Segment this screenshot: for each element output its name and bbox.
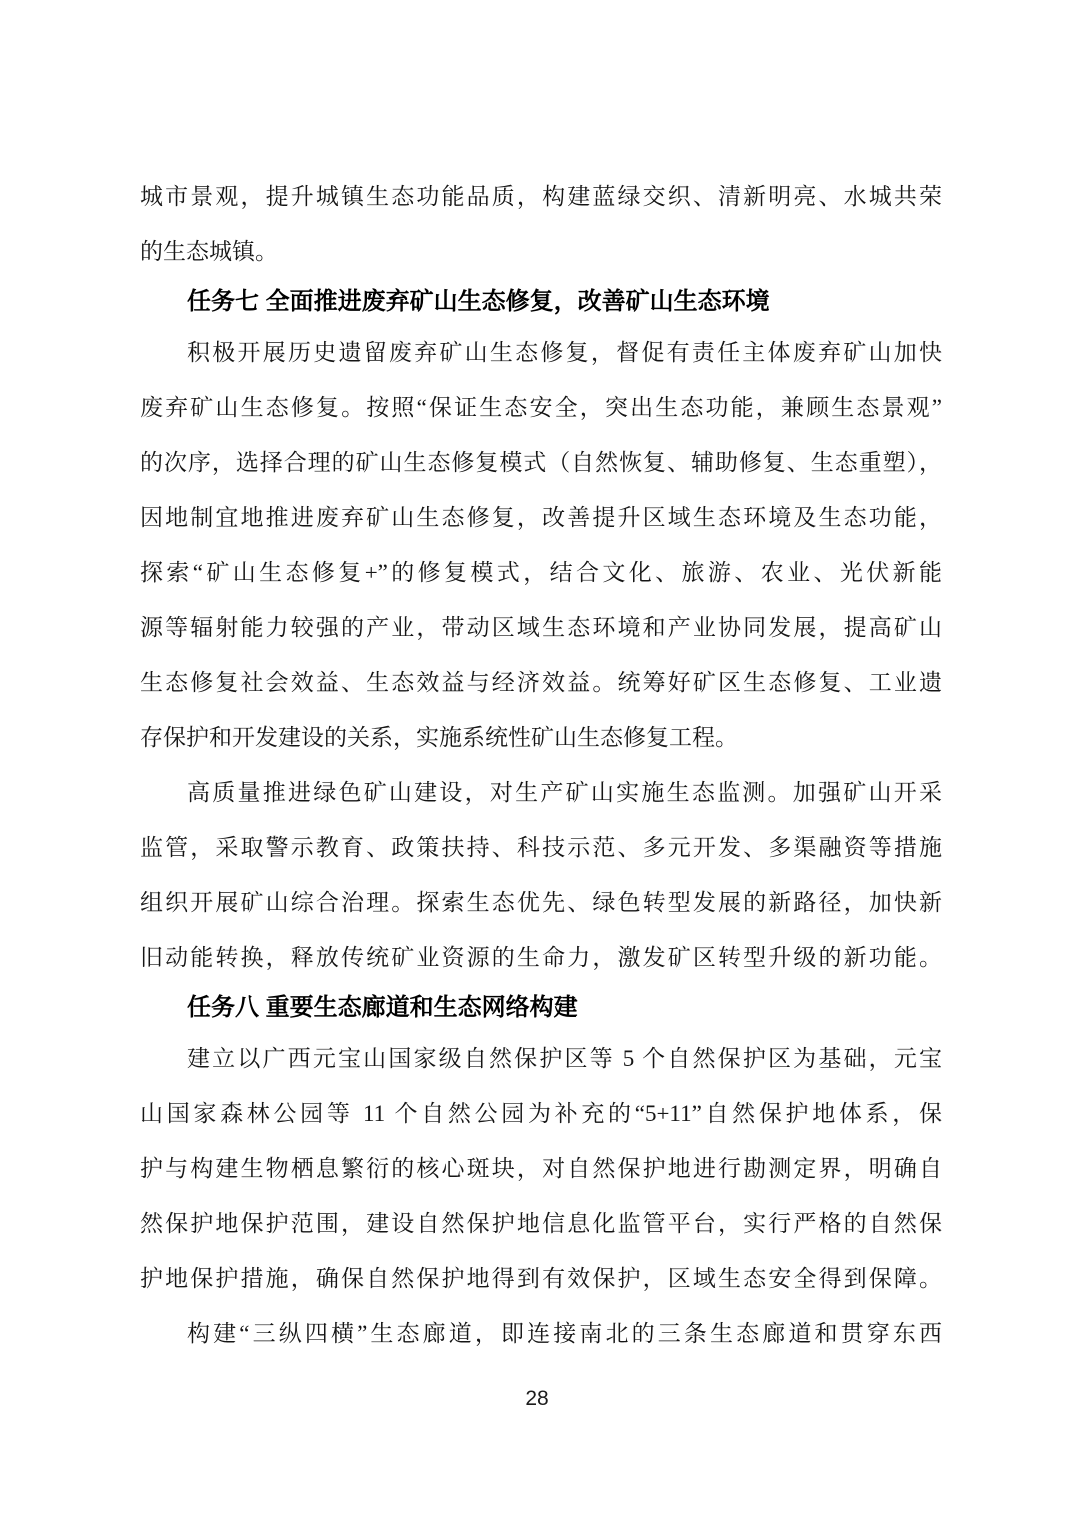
text-line: 城市景观，提升城镇生态功能品质，构建蓝绿交织、清新明亮、水城共荣 [140, 169, 942, 224]
text-line: 建立以广西元宝山国家级自然保护区等 5 个自然保护区为基础，元宝 [140, 1031, 942, 1086]
text-line: 旧动能转换，释放传统矿业资源的生命力，激发矿区转型升级的新功能。 [140, 930, 942, 985]
text-line: 探索“矿山生态修复+”的修复模式，结合文化、旅游、农业、光伏新能 [140, 545, 942, 600]
page-footer: 28 [0, 1387, 1074, 1411]
text-line: 高质量推进绿色矿山建设，对生产矿山实施生态监测。加强矿山开采 [140, 765, 942, 820]
text-line: 源等辐射能力较强的产业，带动区域生态环境和产业协同发展，提高矿山 [140, 600, 942, 655]
text-line: 构建“三纵四横”生态廊道，即连接南北的三条生态廊道和贯穿东西 [140, 1306, 942, 1361]
section-heading: 任务八 重要生态廊道和生态网络构建 [140, 985, 942, 1031]
text-line: 废弃矿山生态修复。按照“保证生态安全，突出生态功能，兼顾生态景观” [140, 380, 942, 435]
section-heading: 任务七 全面推进废弃矿山生态修复，改善矿山生态环境 [140, 279, 942, 325]
text-line: 监管，采取警示教育、政策扶持、科技示范、多元开发、多渠融资等措施 [140, 820, 942, 875]
text-line: 山国家森林公园等 11 个自然公园为补充的“5+11”自然保护地体系，保 [140, 1086, 942, 1141]
text-line: 存保护和开发建设的关系，实施系统性矿山生态修复工程。 [140, 710, 942, 765]
text-line: 然保护地保护范围，建设自然保护地信息化监管平台，实行严格的自然保 [140, 1196, 942, 1251]
text-line: 的次序，选择合理的矿山生态修复模式（自然恢复、辅助修复、生态重塑）， [140, 435, 942, 490]
text-line: 护与构建生物栖息繁衍的核心斑块，对自然保护地进行勘测定界，明确自 [140, 1141, 942, 1196]
text-line: 积极开展历史遗留废弃矿山生态修复，督促有责任主体废弃矿山加快 [140, 325, 942, 380]
text-line: 护地保护措施，确保自然保护地得到有效保护，区域生态安全得到保障。 [140, 1251, 942, 1306]
text-line: 组织开展矿山综合治理。探索生态优先、绿色转型发展的新路径，加快新 [140, 875, 942, 930]
text-line: 生态修复社会效益、生态效益与经济效益。统筹好矿区生态修复、工业遗 [140, 655, 942, 710]
text-line: 的生态城镇。 [140, 224, 942, 279]
document-page: 城市景观，提升城镇生态功能品质，构建蓝绿交织、清新明亮、水城共荣的生态城镇。任务… [0, 0, 1074, 1520]
text-line: 因地制宜地推进废弃矿山生态修复，改善提升区域生态环境及生态功能， [140, 490, 942, 545]
page-number: 28 [525, 1387, 548, 1410]
document-body: 城市景观，提升城镇生态功能品质，构建蓝绿交织、清新明亮、水城共荣的生态城镇。任务… [140, 169, 942, 1361]
